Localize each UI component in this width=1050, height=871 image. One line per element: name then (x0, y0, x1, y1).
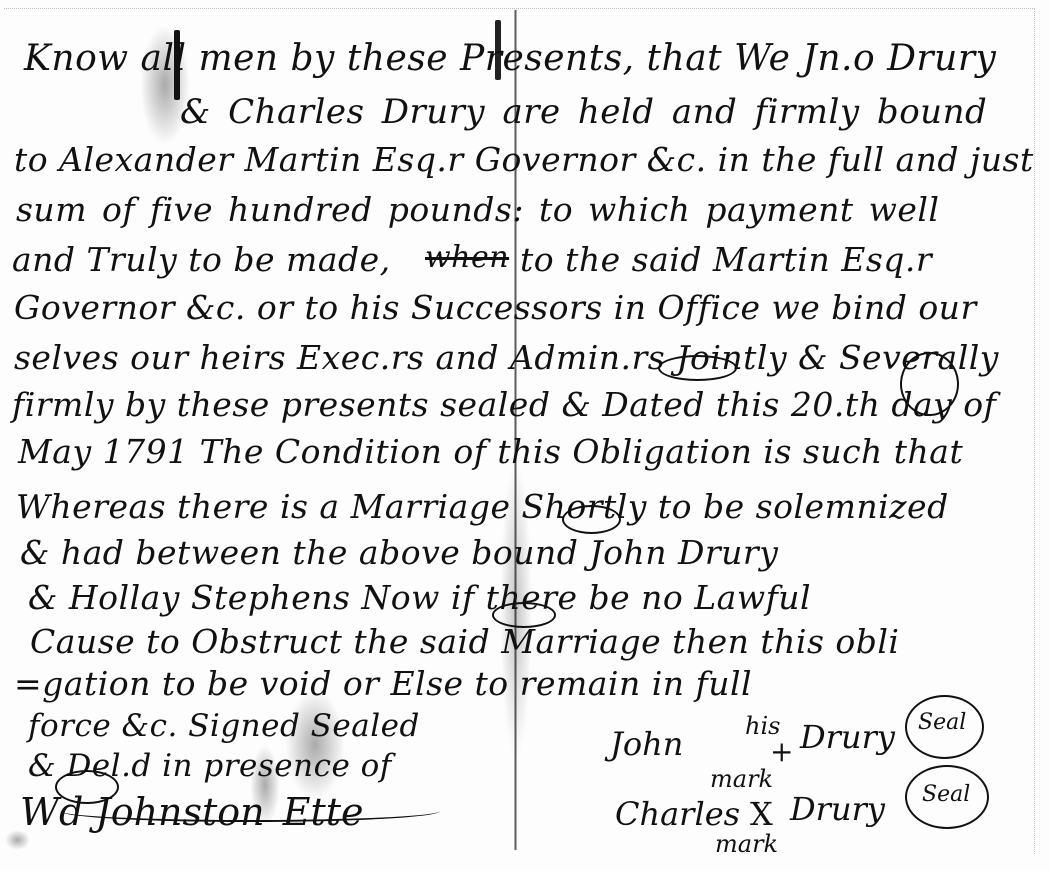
signatory-last-name: Drury (800, 718, 895, 756)
body-line-13: Cause to Obstruct the said Marriage then… (30, 622, 899, 661)
body-line-11: & had between the above bound John Drury (20, 533, 778, 572)
witness-underline (60, 800, 440, 822)
body-line-5b: to the said Martin Esq.r (520, 240, 932, 279)
signatory-first-name: Charles (615, 795, 740, 833)
signature-charles-drury: Charles (615, 795, 740, 833)
body-line-9: May 1791 The Condition of this Obligatio… (18, 432, 963, 471)
body-line-8: firmly by these presents sealed & Dated … (12, 385, 996, 424)
seal-label: Seal (918, 710, 966, 735)
signatory-first-name: John (610, 725, 683, 763)
mark-label-mark: mark (710, 765, 773, 793)
body-line-2: & Charles Drury are held and firmly boun… (180, 92, 987, 132)
body-line-4: sum of five hundred pounds: to which pay… (16, 190, 940, 229)
manuscript-page: Know all men by these Presents, that We … (0, 0, 1050, 871)
signatory-last-name: Drury (790, 790, 885, 828)
body-line-1: Know all men by these Presents, that We … (24, 38, 1004, 79)
body-line-5a: and Truly to be made, (12, 240, 391, 279)
mark-cross: + (770, 735, 793, 768)
body-line-14: =gation to be void or Else to remain in … (14, 664, 752, 703)
struck-word: when (425, 240, 509, 275)
witness-flourish (55, 770, 119, 804)
flourish-day-of (900, 352, 959, 416)
body-line-10: Whereas there is a Marriage Shortly to b… (16, 487, 949, 526)
flourish-dated (658, 355, 737, 381)
body-line-3: to Alexander Martin Esq.r Governor &c. i… (14, 140, 1034, 179)
mark-label-mark: mark (715, 830, 778, 858)
mark-x: X (750, 795, 773, 833)
body-line-15: force &c. Signed Sealed (28, 708, 420, 744)
seal-label: Seal (922, 782, 970, 807)
fold-line (514, 10, 517, 850)
body-line-7: selves our heirs Exec.rs and Admin.rs Jo… (14, 338, 999, 377)
flourish-bound (562, 505, 621, 534)
body-line-6: Governor &c. or to his Successors in Off… (14, 288, 977, 327)
body-line-12: & Hollay Stephens Now if there be no Law… (28, 578, 811, 617)
flourish-said (492, 602, 556, 628)
signature-john-drury: John (610, 725, 683, 763)
